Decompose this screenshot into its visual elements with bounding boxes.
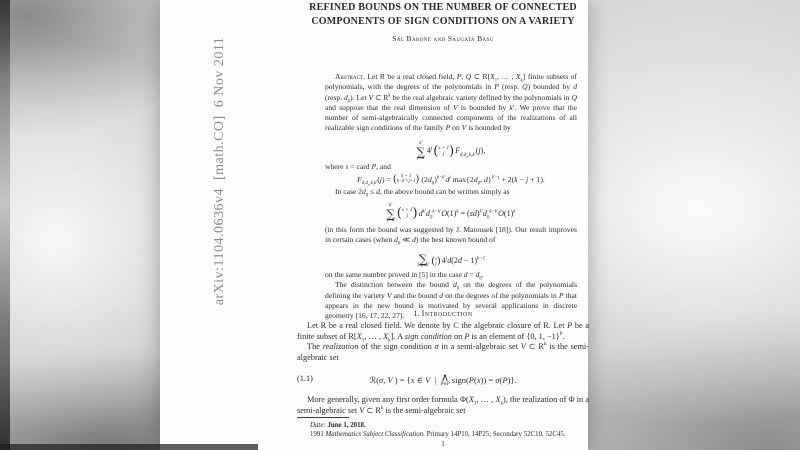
footnote-block: Date: June 1, 2018. 1991 Mathematics Sub… <box>297 417 589 440</box>
abstract-display-formula-3: ∑1≤j≤k′ (sj) 4jd(2d − 1)k−1 <box>325 247 577 269</box>
big-wedge-operator: ∧P∈P <box>440 373 449 387</box>
abstract-label: Abstract. <box>335 72 365 81</box>
background-bottom-edge <box>0 444 258 450</box>
abstract-paragraph-3: on the same number proved in [5] in the … <box>325 270 577 280</box>
abstract-formula-F: Fd,d0,k,k′(j) = (k + 1k−k′+j+1) (2d0)k−k… <box>325 173 577 187</box>
msc-year: 1991 <box>310 431 324 438</box>
equation-number: (1.1) <box>297 374 313 383</box>
paper-title-line1: REFINED BOUNDS ON THE NUMBER OF CONNECTE… <box>297 1 589 15</box>
screenshot-root: { "stamp": { "text": "arXiv:1104.0636v4 … <box>0 0 800 450</box>
intro-paragraph-3: More generally, given any first order fo… <box>297 395 589 416</box>
abstract-display-formula-1: k′∑j=0 4j (s + 1j) Fd,d0,k,k′(j), <box>325 137 577 162</box>
wedge-icon: ∧ <box>441 373 449 382</box>
intro-paragraph-1: Let R be a real closed field. We denote … <box>297 321 589 342</box>
footnote-rule <box>297 417 349 418</box>
page-number: 1 <box>297 440 589 448</box>
sum-operator: k′∑j=0 <box>387 204 395 224</box>
sum-operator: k′∑j=0 <box>417 142 425 162</box>
sum-operator: ∑1≤j≤k′ <box>417 254 429 269</box>
date-value: June 1, 2018. <box>327 422 365 429</box>
section-number: 1. <box>413 309 419 318</box>
intro-paragraph-3-block: More generally, given any first order fo… <box>297 395 589 416</box>
authors: Sal Barone and Saugata Basu <box>297 34 589 43</box>
background-left-edge <box>0 0 10 450</box>
arxiv-stamp: arXiv:1104.0636v4 [math.CO] 6 Nov 2011 <box>212 37 228 306</box>
binomial-coefficient: (sj) <box>431 257 441 267</box>
paper-title: REFINED BOUNDS ON THE NUMBER OF CONNECTE… <box>297 1 589 28</box>
abstract-paragraph-2: (in this form the bound was suggested by… <box>325 225 577 246</box>
abstract-paragraph-1: Abstract. Let R be a real closed field, … <box>325 72 577 134</box>
section-heading: 1. Introduction <box>297 309 589 318</box>
msc-label: Mathematics Subject Classification. <box>326 431 425 438</box>
abstract-paragraph-1-text: Let R be a real closed field, P, Q ⊂ R[X… <box>325 72 577 132</box>
msc-value: Primary 14P10, 14P25; Secondary 52C10, 5… <box>427 431 566 438</box>
intro-paragraph-2: The realization of the sign condition σ … <box>297 342 589 363</box>
binomial-coefficient: (s + 1j) <box>433 146 454 158</box>
date-label: Date: <box>310 422 326 429</box>
section-title: Introduction <box>422 309 473 318</box>
paper-title-line2: COMPONENTS OF SIGN CONDITIONS ON A VARIE… <box>297 15 589 29</box>
abstract-where-line: where s = card P, and <box>325 162 577 172</box>
equation-1-1: ℛ(σ, V ) = {x ∈ V | ∧P∈P sign(P(x)) = σ(… <box>297 367 589 393</box>
binomial-coefficient: (k + 1k−k′+j+1) <box>393 174 420 184</box>
paper-page: arXiv:1104.0636v4 [math.CO] 6 Nov 2011 R… <box>160 0 588 450</box>
abstract-block: Abstract. Let R be a real closed field, … <box>325 72 577 321</box>
footnote-msc-line: 1991 Mathematics Subject Classification.… <box>297 430 589 439</box>
abstract-display-formula-2: k′∑j=0 (s + 1j) dk′d0k−k′O(1)k = (sd)k′d… <box>325 199 577 224</box>
introduction-paragraphs: Let R be a real closed field. We denote … <box>297 321 589 364</box>
footnote-date-line: Date: June 1, 2018. <box>297 421 589 430</box>
abstract-incase-line: In case 2d0 ≤ d, the above bound can be … <box>325 187 577 197</box>
equation-1-1-row: (1.1) ℛ(σ, V ) = {x ∈ V | ∧P∈P sign(P(x)… <box>297 367 589 393</box>
binomial-coefficient: (s + 1j) <box>397 208 418 220</box>
text-column: REFINED BOUNDS ON THE NUMBER OF CONNECTE… <box>297 0 589 450</box>
